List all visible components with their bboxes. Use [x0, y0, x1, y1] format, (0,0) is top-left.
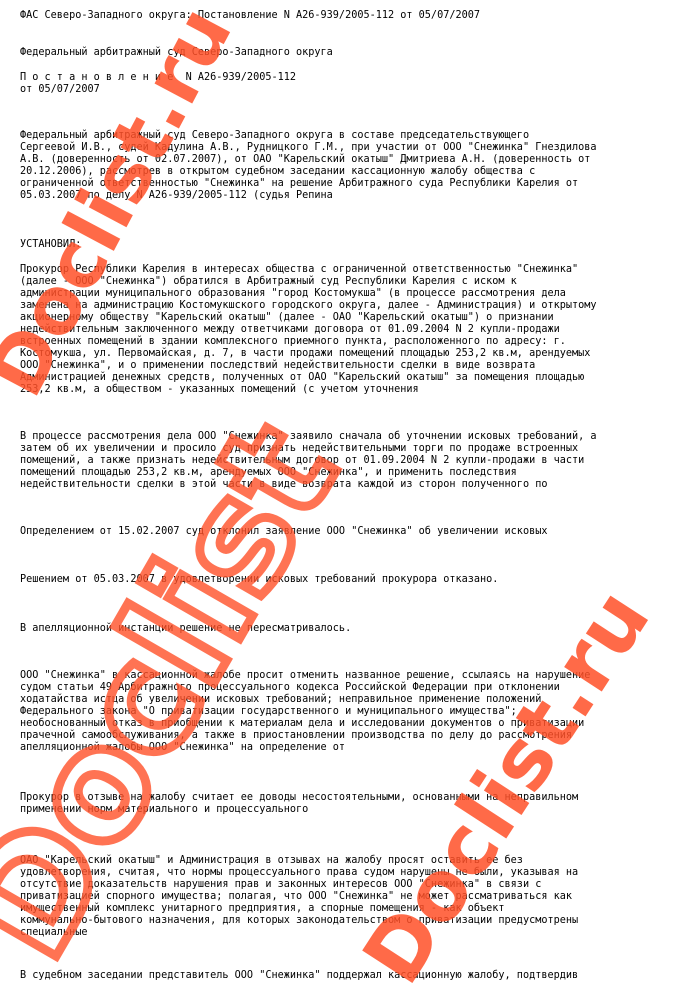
paragraph: ООО "Снежинка" в кассационной жалобе про…	[20, 670, 590, 754]
established-heading: УСТАНОВИЛ:	[20, 239, 81, 251]
intro-paragraph: Федеральный арбитражный суд Северо-Запад…	[20, 130, 597, 202]
document-header-line: ФАС Северо-Западного округа: Постановлен…	[20, 10, 480, 22]
paragraph: Решением от 05.03.2007 в удовлетворении …	[20, 574, 498, 586]
paragraph: Прокурор в отзыве на жалобу считает ее д…	[20, 792, 578, 816]
paragraph: В судебном заседании представитель ООО "…	[20, 970, 578, 982]
paragraph: Определением от 15.02.2007 суд отклонил …	[20, 526, 547, 538]
paragraph: В процессе рассмотрения дела ООО "Снежин…	[20, 431, 597, 491]
paragraph: Прокурор Республики Карелия в интересах …	[20, 264, 597, 396]
paragraph: В апелляционной инстанции решение не пер…	[20, 623, 351, 635]
resolution-title: П о с т а н о в л е н и е N А26-939/2005…	[20, 72, 296, 84]
document-body: ФАС Северо-Западного округа: Постановлен…	[20, 6, 690, 198]
resolution-date: от 05/07/2007	[20, 84, 100, 96]
court-name: Федеральный арбитражный суд Северо-Запад…	[20, 47, 333, 59]
paragraph: ОАО "Карельский окатыш" и Администрация …	[20, 855, 578, 939]
